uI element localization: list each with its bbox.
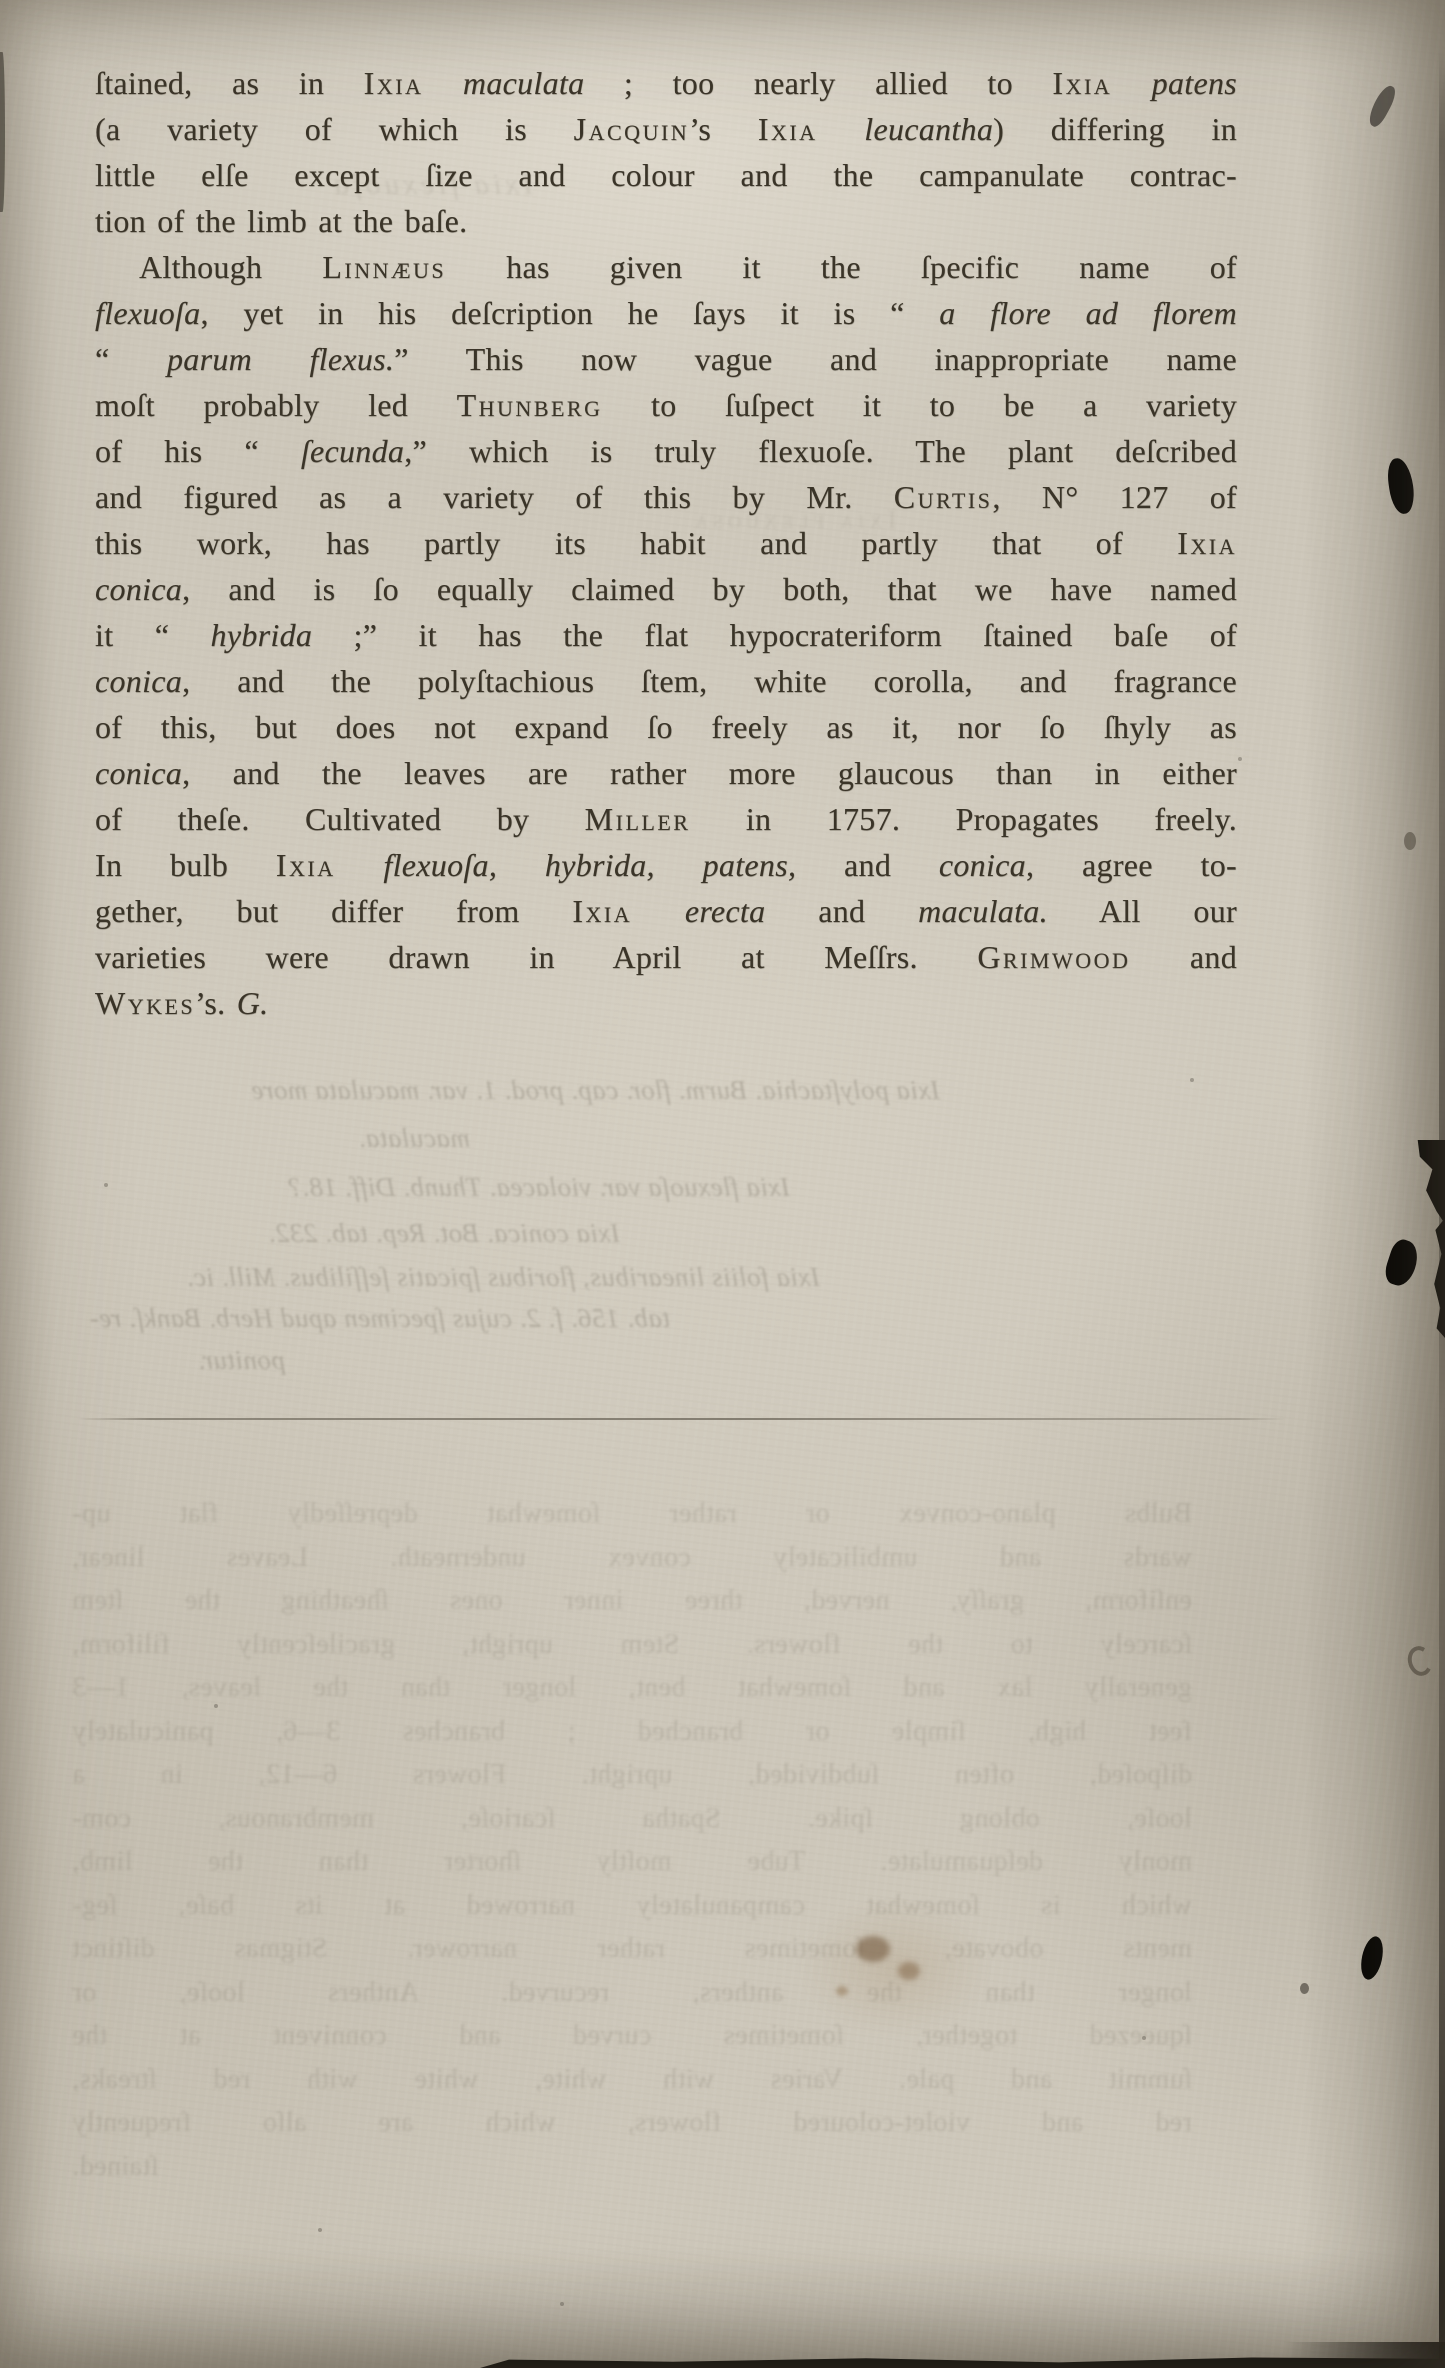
text-segment: of theſe. Cultivated by bbox=[95, 801, 585, 837]
torn-edge-black-zone bbox=[1403, 1140, 1445, 1224]
text-segment: gether, but differ from bbox=[95, 893, 572, 929]
ghost-text-line: ments obovate, ſometimes rather narrower… bbox=[72, 1927, 1192, 1971]
text-line: little elſe except ſize and colour and t… bbox=[95, 152, 1237, 198]
text-line: it “ hybrida ;” it has the flat hypocrat… bbox=[95, 612, 1237, 658]
text-segment: conica bbox=[95, 571, 182, 607]
text-segment: ’s bbox=[689, 111, 758, 147]
ghost-text-line: ſqueezed together, ſometimes curved and … bbox=[72, 2014, 1192, 2058]
ink-speck bbox=[1142, 2036, 1146, 2040]
ghost-text-line: monly deſquamulate. Tube moſtly ſhorter … bbox=[72, 1840, 1192, 1884]
text-segment: (a variety of which is bbox=[95, 111, 574, 147]
text-segment: Wykes bbox=[95, 985, 195, 1021]
text-segment: ’s. bbox=[195, 985, 237, 1021]
text-line: moſt probably led Thunberg to ſuſpect it… bbox=[95, 382, 1237, 428]
text-segment: of this, but does not expand ſo freely a… bbox=[95, 709, 1237, 745]
ghost-text-line: generally lax and ſomewhat bent, longer … bbox=[72, 1666, 1192, 1710]
paper-hole bbox=[1382, 1237, 1423, 1289]
text-segment: ) differing in bbox=[993, 111, 1237, 147]
text-segment: varieties were drawn in April at Meſſrs. bbox=[95, 939, 977, 975]
text-line: and figured as a variety of this by Mr. … bbox=[95, 474, 1237, 520]
ink-speck bbox=[214, 1704, 218, 1708]
text-line: conica, and the leaves are rather more g… bbox=[95, 750, 1237, 796]
text-line: Although Linnæus has given it the ſpecif… bbox=[95, 244, 1237, 290]
text-line: flexuoſa, yet in his deſcription he ſays… bbox=[95, 290, 1237, 336]
ink-speck bbox=[1238, 757, 1242, 761]
torn-edge-black-zone bbox=[1433, 1218, 1445, 1338]
text-segment: maculata. bbox=[918, 893, 1048, 929]
text-line: gether, but differ from Ixia erecta and … bbox=[95, 888, 1237, 934]
showthrough-synonymy-block: Ixia polyſtachia. Burm. flor. cap. prod.… bbox=[80, 1075, 1260, 1385]
foxing-stain bbox=[836, 1986, 848, 1996]
text-segment: Ixia bbox=[572, 893, 632, 929]
text-line: this work, has partly its habit and part… bbox=[95, 520, 1237, 566]
text-segment: hybrida bbox=[211, 617, 313, 653]
text-segment: Although bbox=[139, 249, 322, 285]
ghost-text-line: longer than the anthers, recurved. Anthe… bbox=[72, 1971, 1192, 2015]
ghost-text-line: tab. 156. f. 2. cujus ſpecimen apud Herb… bbox=[89, 1303, 670, 1334]
page-edge-sliver bbox=[0, 52, 5, 212]
text-segment: , and is ſo equally claimed by both, tha… bbox=[182, 571, 1237, 607]
ghost-text-line: wards and umbilicately convex underneath… bbox=[72, 1536, 1192, 1580]
text-segment: , agree to- bbox=[1026, 847, 1237, 883]
text-segment: Linnæus bbox=[322, 249, 446, 285]
text-line: conica, and is ſo equally claimed by bot… bbox=[95, 566, 1237, 612]
text-segment: maculata bbox=[423, 65, 584, 101]
text-segment: Grimwood bbox=[977, 939, 1130, 975]
text-segment: ; too nearly allied to bbox=[584, 65, 1052, 101]
text-line: of theſe. Cultivated by Miller in 1757. … bbox=[95, 796, 1237, 842]
text-segment: Ixia bbox=[1177, 525, 1237, 561]
text-segment: to ſuſpect it to be a variety bbox=[603, 387, 1238, 423]
text-line: varieties were drawn in April at Meſſrs.… bbox=[95, 934, 1237, 980]
foxing-stain bbox=[898, 1962, 920, 1980]
text-segment: Ixia bbox=[1052, 65, 1112, 101]
ink-speck bbox=[318, 2228, 322, 2232]
text-segment: Ixia bbox=[276, 847, 336, 883]
text-segment: Ixia bbox=[364, 65, 424, 101]
text-line: conica, and the polyſtachious ſtem, whit… bbox=[95, 658, 1237, 704]
text-segment: Ixia bbox=[758, 111, 818, 147]
ghost-text-line: red and violet-coloured flowers, which a… bbox=[72, 2101, 1192, 2145]
text-segment: tion of the limb at the baſe. bbox=[95, 203, 467, 239]
text-segment: Curtis bbox=[894, 479, 993, 515]
text-segment: of his “ bbox=[95, 433, 301, 469]
text-segment: conica bbox=[95, 755, 182, 791]
text-line: of this, but does not expand ſo freely a… bbox=[95, 704, 1237, 750]
text-segment: , and the polyſtachious ſtem, white coro… bbox=[182, 663, 1237, 699]
text-segment: parum flexus. bbox=[167, 341, 394, 377]
text-segment: and bbox=[765, 893, 918, 929]
text-segment: moſt probably led bbox=[95, 387, 457, 423]
text-segment: , N° 127 of bbox=[992, 479, 1237, 515]
scan-artifact-black-blob bbox=[1358, 1934, 1387, 1981]
text-segment: and bbox=[796, 847, 939, 883]
text-segment: leucantha bbox=[818, 111, 994, 147]
text-segment: this work, has partly its habit and part… bbox=[95, 525, 1177, 561]
text-line: tion of the limb at the baſe. bbox=[95, 198, 1237, 244]
text-segment: ſtained, as in bbox=[95, 65, 364, 101]
text-segment: erecta bbox=[632, 893, 765, 929]
text-segment: All our bbox=[1048, 893, 1237, 929]
text-segment: conica bbox=[939, 847, 1026, 883]
ghost-text-line: maculata. bbox=[358, 1123, 470, 1154]
text-segment: it “ bbox=[95, 617, 211, 653]
scan-artifact-mark bbox=[1365, 83, 1400, 129]
text-segment: Thunberg bbox=[457, 387, 603, 423]
foxing-stain-halo bbox=[800, 1900, 990, 2035]
ghost-text-line: Ixia conica. Bot. Rep. tab. 232. bbox=[268, 1218, 620, 1249]
foxing-stain bbox=[856, 1936, 890, 1962]
scanner-backdrop-corner bbox=[1285, 2342, 1445, 2368]
text-line: of his “ ſecunda,” which is truly flexuo… bbox=[95, 428, 1237, 474]
ghost-text-line: Ixia polyſtachia. Burm. flor. cap. prod.… bbox=[251, 1075, 940, 1106]
ghost-text-line: feet high, ſimple or branched ; branches… bbox=[72, 1710, 1192, 1754]
main-text-column: ſtained, as in Ixia maculata ; too nearl… bbox=[95, 60, 1237, 1026]
ink-speck bbox=[104, 1183, 108, 1187]
text-segment: , and the leaves are rather more glaucou… bbox=[182, 755, 1237, 791]
text-segment: patens bbox=[1112, 65, 1237, 101]
ghost-text-line: Bulbs plano-convex or rather ſomewhat de… bbox=[72, 1492, 1192, 1536]
text-segment: and figured as a variety of this by Mr. bbox=[95, 479, 894, 515]
ghost-text-line: Ixia foliis linearibus, floribus ſpicati… bbox=[186, 1262, 820, 1293]
text-segment: ;” it has the flat hypocrateriform ſtain… bbox=[312, 617, 1237, 653]
text-segment: conica bbox=[95, 663, 182, 699]
text-segment: ,” which is truly flexuoſe. The plant de… bbox=[404, 433, 1237, 469]
ghost-text-line: enſiform, graſſy, nerved, three inner on… bbox=[72, 1579, 1192, 1623]
scan-artifact-mark bbox=[1404, 832, 1416, 850]
text-line: In bulb Ixia flexuoſa, hybrida, patens, … bbox=[95, 842, 1237, 888]
text-segment: flexuoſa, hybrida, patens, bbox=[336, 847, 797, 883]
text-segment: Miller bbox=[585, 801, 691, 837]
book-page: Ixia flexuoſa Ixia flexuoſa ſtained, as … bbox=[0, 0, 1445, 2368]
text-line: “ parum flexus.” This now vague and inap… bbox=[95, 336, 1237, 382]
scan-artifact-mark bbox=[1405, 1643, 1436, 1678]
ghost-text-line: ſummit and pale. Varies with white, whit… bbox=[72, 2058, 1192, 2102]
text-segment: “ bbox=[95, 341, 167, 377]
text-segment: little elſe except ſize and colour and t… bbox=[95, 157, 1237, 193]
text-segment: a flore ad florem bbox=[939, 295, 1237, 331]
text-segment: ſecunda bbox=[301, 433, 404, 469]
text-line: ſtained, as in Ixia maculata ; too nearl… bbox=[95, 60, 1237, 106]
scan-artifact-black-blob bbox=[1385, 457, 1417, 516]
ghost-text-line: ſtained. bbox=[72, 2145, 1192, 2189]
section-divider-rule bbox=[78, 1418, 1286, 1420]
ink-speck bbox=[560, 2302, 564, 2306]
scan-artifact-mark bbox=[1300, 1983, 1309, 1994]
text-segment: In bulb bbox=[95, 847, 276, 883]
showthrough-description-block: Bulbs plano-convex or rather ſomewhat de… bbox=[72, 1492, 1192, 2188]
text-segment: , yet in his deſcription he ſays it is “ bbox=[200, 295, 939, 331]
ghost-text-line: ſcarcely to the flowers. Stem upright, g… bbox=[72, 1623, 1192, 1667]
ink-speck bbox=[1008, 262, 1012, 266]
text-segment: ” This now vague and inappropriate name bbox=[394, 341, 1237, 377]
text-line: (a variety of which is Jacquin’s Ixia le… bbox=[95, 106, 1237, 152]
text-segment: Jacquin bbox=[574, 111, 690, 147]
text-segment: in 1757. Propagates freely. bbox=[690, 801, 1237, 837]
text-segment: flexuoſa bbox=[95, 295, 200, 331]
ghost-text-line: which is ſomewhat campanulately narrowed… bbox=[72, 1884, 1192, 1928]
text-segment: G. bbox=[237, 985, 269, 1021]
text-line: Wykes’s. G. bbox=[95, 980, 1237, 1026]
text-segment: has given it the ſpecific name of bbox=[446, 249, 1237, 285]
ink-speck bbox=[1190, 1078, 1194, 1082]
ghost-text-line: ponitur. bbox=[198, 1345, 285, 1376]
ghost-text-line: diſpoſed, often ſubdivided, upright. Flo… bbox=[72, 1753, 1192, 1797]
ghost-text-line: looſe, oblong ſpike. Spatha ſcarioſe, me… bbox=[72, 1797, 1192, 1841]
ghost-text-line: Ixia flexuoſa var. violacea. Thunb. Diff… bbox=[288, 1172, 790, 1203]
text-segment: and bbox=[1130, 939, 1237, 975]
